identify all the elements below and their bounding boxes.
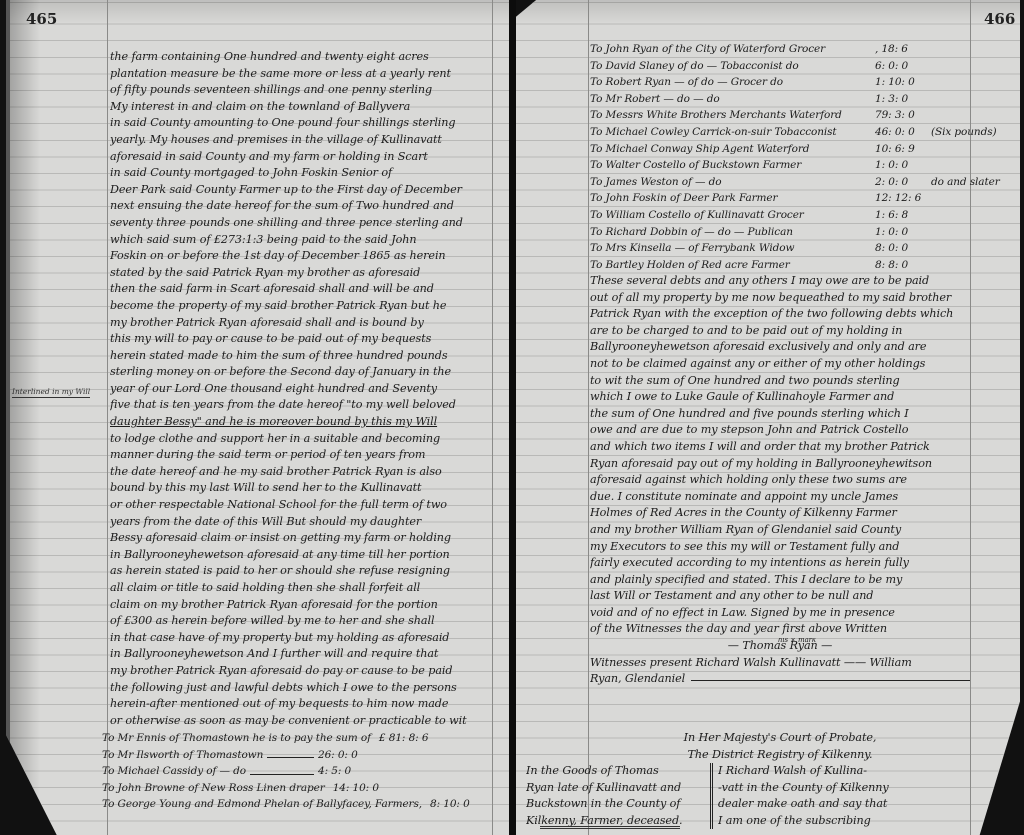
text-line: and which two items I will and order tha… xyxy=(590,439,970,456)
text-line: aforesaid against which holding only the… xyxy=(590,472,970,489)
amount: 1: 3: 0 xyxy=(875,91,927,108)
text-line: yearly. My houses and premises in the vi… xyxy=(110,132,490,149)
text-line: or other respectable National School for… xyxy=(110,497,490,514)
amount: 4: 5: 0 xyxy=(318,763,370,780)
text-line: the sum of One hundred and five pounds s… xyxy=(590,406,970,423)
witnesses-line: Witnesses present Richard Walsh Kullinav… xyxy=(590,655,970,672)
will-body-text: These several debts and any others I may… xyxy=(590,273,970,688)
creditor: To William Costello of Kullinavatt Groce… xyxy=(590,207,875,224)
creditor: To Walter Costello of Buckstown Farmer xyxy=(590,157,875,174)
text-line: Bessy aforesaid claim or insist on getti… xyxy=(110,530,490,547)
text-line: aforesaid in said County and my farm or … xyxy=(110,149,490,166)
text-line: manner during the said term or period of… xyxy=(110,447,490,464)
debt-row: To Bartley Holden of Red acre Farmer8: 8… xyxy=(590,257,1010,274)
amount: £ 81: 8: 6 xyxy=(379,730,431,747)
text-line: Buckstown in the County of xyxy=(526,796,706,813)
creditor: To Mr Robert — do — do xyxy=(590,91,875,108)
text-line: I Richard Walsh of Kullina- xyxy=(718,763,968,780)
book-gutter xyxy=(509,0,516,835)
text-line: fairly executed according to my intentio… xyxy=(590,555,970,572)
debt-row: To David Slaney of do — Tobacconist do6:… xyxy=(590,58,1010,75)
leader-line xyxy=(691,671,970,681)
creditor: To Bartley Holden of Red acre Farmer xyxy=(590,257,875,274)
creditor: To John Foskin of Deer Park Farmer xyxy=(590,190,875,207)
text-line: or otherwise as soon as may be convenien… xyxy=(110,713,490,730)
debt-row: To William Costello of Kullinavatt Groce… xyxy=(590,207,1010,224)
creditor: To Messrs White Brothers Merchants Water… xyxy=(590,107,875,124)
text-line: last Will or Testament and any other to … xyxy=(590,588,970,605)
text-line: plantation measure be the same more or l… xyxy=(110,66,490,83)
text-line: not to be claimed against any or either … xyxy=(590,356,970,373)
leader-line xyxy=(267,757,314,758)
debt-row: To John Foskin of Deer Park Farmer12: 12… xyxy=(590,190,1010,207)
text-line: Ryan late of Kullinavatt and xyxy=(526,780,706,797)
debt-row: To Messrs White Brothers Merchants Water… xyxy=(590,107,1010,124)
debt-row: To George Young and Edmond Phelan of Bal… xyxy=(102,796,370,813)
creditor: To Mr Ennis of Thomastown he is to pay t… xyxy=(102,730,371,747)
right-rule xyxy=(492,0,493,835)
amount: 8: 0: 0 xyxy=(875,240,927,257)
text-line: in Ballyrooneyhewetson aforesaid at any … xyxy=(110,547,490,564)
text-line: which I owe to Luke Gaule of Kullinahoyl… xyxy=(590,389,970,406)
debt-row: To Michael Cowley Carrick-on-suir Tobacc… xyxy=(590,124,1010,141)
left-page: 465 Interlined in my Will the farm conta… xyxy=(6,0,513,835)
text-line: In the Goods of Thomas xyxy=(526,763,706,780)
text-line: Ryan aforesaid pay out of my holding in … xyxy=(590,456,970,473)
note: do and slater xyxy=(931,174,1000,191)
text-line: of fifty pounds seventeen shillings and … xyxy=(110,82,490,99)
text-line: owe and are due to my stepson John and P… xyxy=(590,422,970,439)
debt-row: To Mr Robert — do — do1: 3: 0 xyxy=(590,91,1010,108)
amount: 1: 6: 8 xyxy=(875,207,927,224)
amount: 8: 10: 0 xyxy=(430,796,482,813)
text-line: These several debts and any others I may… xyxy=(590,273,970,290)
debt-row: To Walter Costello of Buckstown Farmer1:… xyxy=(590,157,1010,174)
court-heading: In Her Majesty's Court of Probate, The D… xyxy=(590,730,970,763)
page-number: 465 xyxy=(26,10,57,28)
text-line: dealer make oath and say that xyxy=(718,796,968,813)
debt-row: To Michael Conway Ship Agent Waterford10… xyxy=(590,141,1010,158)
creditor: To Mrs Kinsella — of Ferrybank Widow xyxy=(590,240,875,257)
amount: 8: 8: 0 xyxy=(875,257,927,274)
margin-rule xyxy=(107,0,108,835)
text-line: Foskin on or before the 1st day of Decem… xyxy=(110,248,490,265)
text-line: due. I constitute nominate and appoint m… xyxy=(590,489,970,506)
top-shadow xyxy=(516,0,1020,24)
top-shadow xyxy=(10,0,513,24)
witness-name: Ryan, Glendaniel xyxy=(590,671,685,688)
text-line: year of our Lord One thousand eight hund… xyxy=(110,381,490,398)
creditor: To Richard Dobbin of — do — Publican xyxy=(590,224,875,241)
text-line: out of all my property by me now bequeat… xyxy=(590,290,970,307)
text-line: sterling money on or before the Second d… xyxy=(110,364,490,381)
text-line: Holmes of Red Acres in the County of Kil… xyxy=(590,505,970,522)
amount: 1: 0: 0 xyxy=(875,224,927,241)
text-line: daughter Bessy" and he is moreover bound… xyxy=(110,414,490,431)
binding-shadow xyxy=(10,0,40,835)
text-line: which said sum of £273:1:3 being paid to… xyxy=(110,232,490,249)
creditor: To John Browne of New Ross Linen draper xyxy=(102,780,325,797)
debt-row: To Michael Cassidy of — do 4: 5: 0 xyxy=(102,763,370,780)
double-rule xyxy=(540,826,680,829)
right-page: 466 To John Ryan of the City of Waterfor… xyxy=(516,0,1020,835)
text-line: the date hereof and he my said brother P… xyxy=(110,464,490,481)
creditor: To John Ryan of the City of Waterford Gr… xyxy=(590,41,875,58)
debt-row: To Robert Ryan — of do — Grocer do1: 10:… xyxy=(590,74,1010,91)
text-line: in said County amounting to One pound fo… xyxy=(110,115,490,132)
will-body-text: the farm containing One hundred and twen… xyxy=(110,49,490,729)
debts-list-left: To Mr Ennis of Thomastown he is to pay t… xyxy=(102,730,370,813)
text-line: then the said farm in Scart aforesaid sh… xyxy=(110,281,490,298)
text-line: My interest in and claim on the townland… xyxy=(110,99,490,116)
creditor: To Michael Cowley Carrick-on-suir Tobacc… xyxy=(590,124,875,141)
amount: 46: 0: 0 xyxy=(875,124,927,141)
amount: 1: 10: 0 xyxy=(875,74,927,91)
leader-line xyxy=(250,774,314,775)
amount: 2: 0: 0 xyxy=(875,174,927,191)
court-heading-line: The District Registry of Kilkenny. xyxy=(590,747,970,764)
text-line: become the property of my said brother P… xyxy=(110,298,490,315)
text-line: this my will to pay or cause to be paid … xyxy=(110,331,490,348)
text-line: -vatt in the County of Kilkenny xyxy=(718,780,968,797)
margin-note: Interlined in my Will xyxy=(12,387,90,398)
debt-row: To John Browne of New Ross Linen draper … xyxy=(102,780,370,797)
text-line: stated by the said Patrick Ryan my broth… xyxy=(110,265,490,282)
creditor: To James Weston of — do xyxy=(590,174,875,191)
amount: , 18: 6 xyxy=(875,41,927,58)
affidavit-text: I Richard Walsh of Kullina- -vatt in the… xyxy=(718,763,968,829)
text-line: all claim or title to said holding then … xyxy=(110,580,490,597)
court-heading-line: In Her Majesty's Court of Probate, xyxy=(590,730,970,747)
amount: 79: 3: 0 xyxy=(875,107,927,124)
text-line: and my brother William Ryan of Glendanie… xyxy=(590,522,970,539)
amount: 12: 12: 6 xyxy=(875,190,927,207)
text-line: my brother Patrick Ryan aforesaid do pay… xyxy=(110,663,490,680)
witnesses-line: Ryan, Glendaniel xyxy=(590,671,970,688)
text-line: of the Witnesses the day and year first … xyxy=(590,621,970,638)
text-line: Ballyrooneyhewetson aforesaid exclusivel… xyxy=(590,339,970,356)
page-number: 466 xyxy=(984,10,1015,28)
text-line: of £300 as herein before willed by me to… xyxy=(110,613,490,630)
debt-row: To Mrs Kinsella — of Ferrybank Widow8: 0… xyxy=(590,240,1010,257)
creditor: To George Young and Edmond Phelan of Bal… xyxy=(102,796,422,813)
debt-row: To James Weston of — do2: 0: 0do and sla… xyxy=(590,174,1010,191)
amount: 1: 0: 0 xyxy=(875,157,927,174)
text-line: my Executors to see this my will or Test… xyxy=(590,539,970,556)
text-line: in that case have of my property but my … xyxy=(110,630,490,647)
amount: 6: 0: 0 xyxy=(875,58,927,75)
amount: 10: 6: 9 xyxy=(875,141,927,158)
text-line: the farm containing One hundred and twen… xyxy=(110,49,490,66)
debt-row: To Mr Ennis of Thomastown he is to pay t… xyxy=(102,730,370,747)
testator-signature: — Thomas Ryan — his × mark xyxy=(590,638,970,655)
note: (Six pounds) xyxy=(931,124,996,141)
text-line: the following just and lawful debts whic… xyxy=(110,680,490,697)
creditor: To Robert Ryan — of do — Grocer do xyxy=(590,74,875,91)
text-line: to lodge clothe and support her in a sui… xyxy=(110,431,490,448)
debts-list-right: To John Ryan of the City of Waterford Gr… xyxy=(590,41,1010,273)
text-line: claim on my brother Patrick Ryan aforesa… xyxy=(110,597,490,614)
text-line: to wit the sum of One hundred and two po… xyxy=(590,373,970,390)
text-line: five that is ten years from the date her… xyxy=(110,397,490,414)
text-line: I am one of the subscribing xyxy=(718,813,968,830)
text-line: seventy three pounds one shilling and th… xyxy=(110,215,490,232)
debt-row: To Richard Dobbin of — do — Publican1: 0… xyxy=(590,224,1010,241)
margin-rule xyxy=(588,0,589,835)
creditor: To Mr Ilsworth of Thomastown xyxy=(102,747,263,764)
text-line: Patrick Ryan with the exception of the t… xyxy=(590,306,970,323)
text-line: as herein stated is paid to her or shoul… xyxy=(110,563,490,580)
creditor: To Michael Cassidy of — do xyxy=(102,763,246,780)
debt-row: To John Ryan of the City of Waterford Gr… xyxy=(590,41,1010,58)
text-line: bound by this my last Will to send her t… xyxy=(110,480,490,497)
text-line: years from the date of this Will But sho… xyxy=(110,514,490,531)
creditor: To Michael Conway Ship Agent Waterford xyxy=(590,141,875,158)
signature-mark: his × mark xyxy=(778,638,816,649)
amount: 14: 10: 0 xyxy=(333,780,385,797)
goods-of-deceased-box: In the Goods of Thomas Ryan late of Kull… xyxy=(526,763,713,829)
text-line: Deer Park said County Farmer up to the F… xyxy=(110,182,490,199)
debt-row: To Mr Ilsworth of Thomastown 26: 0: 0 xyxy=(102,747,370,764)
text-line: in said County mortgaged to John Foskin … xyxy=(110,165,490,182)
creditor: To David Slaney of do — Tobacconist do xyxy=(590,58,875,75)
text-line: herein-after mentioned out of my bequest… xyxy=(110,696,490,713)
text-line: my brother Patrick Ryan aforesaid shall … xyxy=(110,315,490,332)
text-line: are to be charged to and to be paid out … xyxy=(590,323,970,340)
text-line: in Ballyrooneyhewetson And I further wil… xyxy=(110,646,490,663)
text-line: herein stated made to him the sum of thr… xyxy=(110,348,490,365)
amount: 26: 0: 0 xyxy=(318,747,370,764)
text-line: and plainly specified and stated. This I… xyxy=(590,572,970,589)
text-line: void and of no effect in Law. Signed by … xyxy=(590,605,970,622)
text-line: next ensuing the date hereof for the sum… xyxy=(110,198,490,215)
